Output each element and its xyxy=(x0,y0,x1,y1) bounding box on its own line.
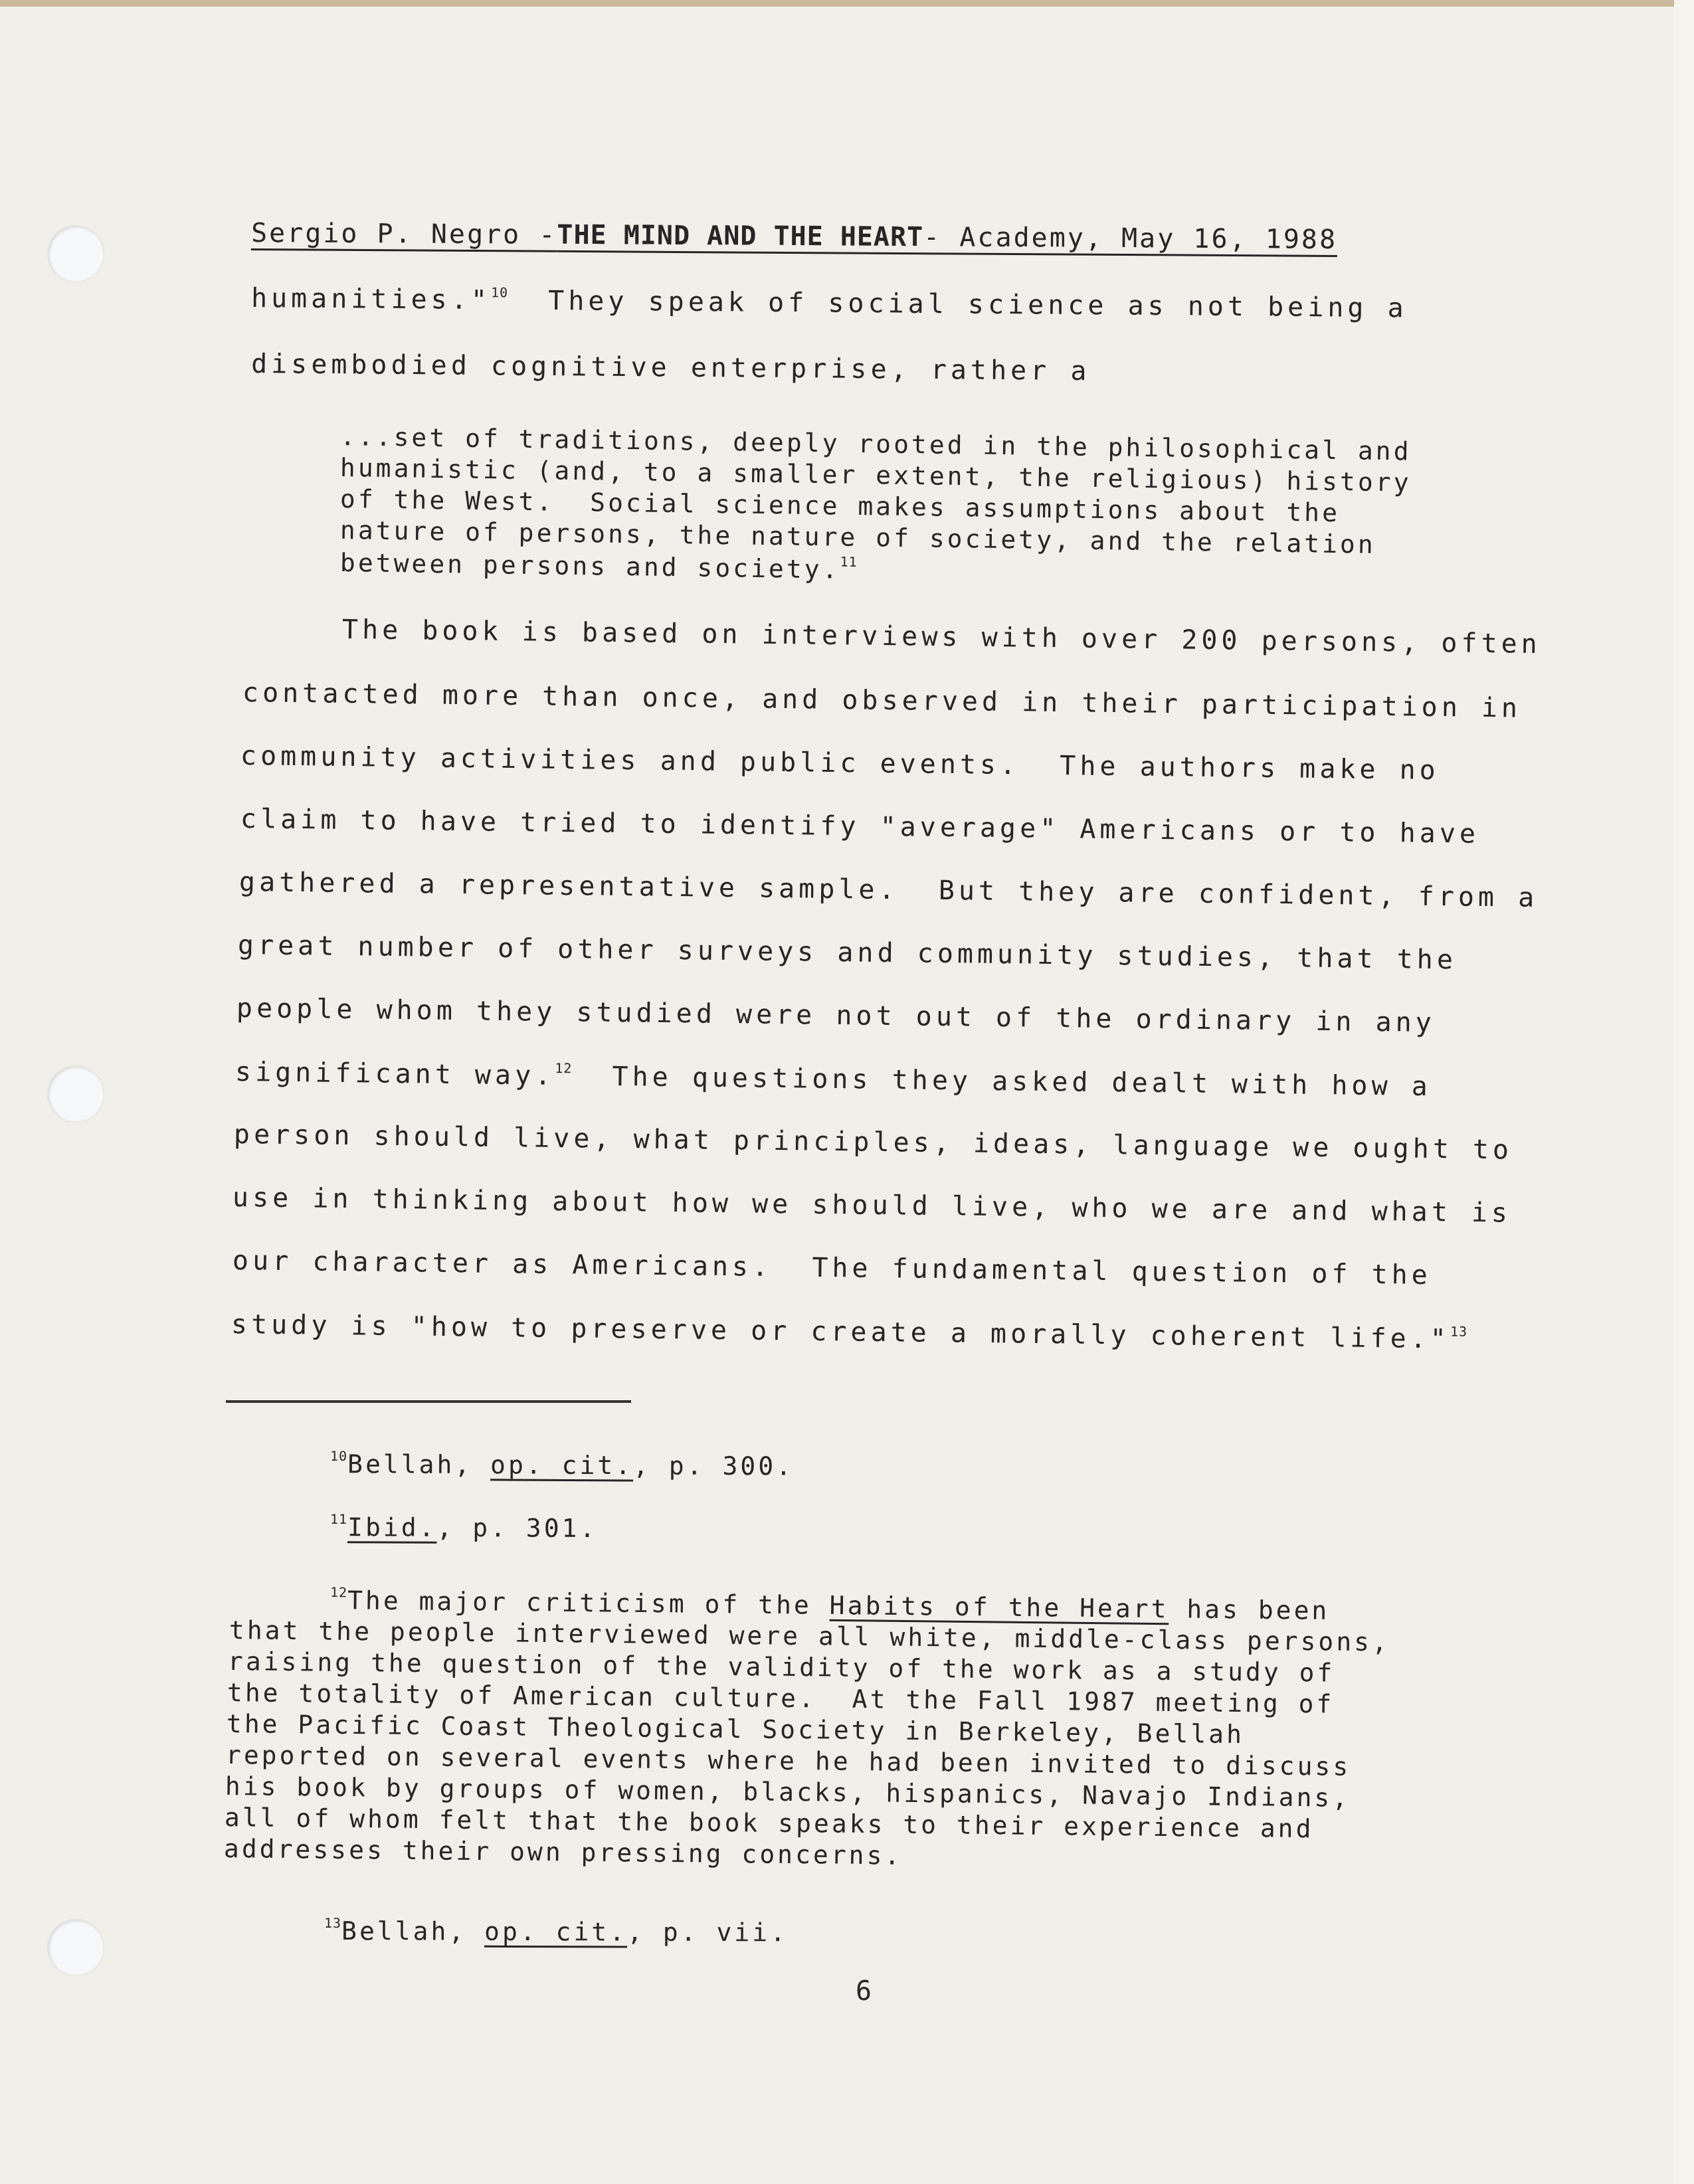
body-line: disembodied cognitive enterprise, rather… xyxy=(251,349,1091,387)
footnote-10: 10Bellah, op. cit., p. 300. xyxy=(330,1448,794,1481)
header-author: Sergio P. Negro - xyxy=(251,218,557,250)
page-edge xyxy=(1674,0,1694,2184)
footnote-divider xyxy=(226,1400,631,1403)
running-header: Sergio P. Negro -THE MIND AND THE HEART-… xyxy=(251,218,1337,255)
binder-hole-bottom xyxy=(48,1920,104,1975)
footnote-11: 11Ibid., p. 301. xyxy=(330,1511,598,1543)
footnote-ref: 11 xyxy=(840,554,858,570)
quote-line: between persons and society.11 xyxy=(340,547,858,585)
paragraph-line: great number of other surveys and commun… xyxy=(238,930,1457,975)
paragraph-line: community activities and public events. … xyxy=(240,741,1440,786)
footnote-ref: 13 xyxy=(1450,1323,1467,1339)
body-line: humanities."10 They speak of social scie… xyxy=(251,282,1408,323)
header-venue-date: - Academy, May 16, 1988 xyxy=(923,222,1337,255)
paragraph-line: our character as Americans. The fundamen… xyxy=(233,1245,1432,1291)
footnote-ref: 12 xyxy=(555,1060,572,1076)
paragraph-line: The book is based on interviews with ove… xyxy=(342,614,1541,660)
document-page: Sergio P. Negro -THE MIND AND THE HEART-… xyxy=(0,7,1675,2184)
paragraph-line: study is "how to preserve or create a mo… xyxy=(231,1309,1468,1355)
paragraph-line: claim to have tried to identify "average… xyxy=(240,804,1480,850)
binder-hole-top xyxy=(48,226,104,282)
footnote-line: addresses their own pressing concerns. xyxy=(224,1834,903,1870)
paragraph-line: person should live, what principles, ide… xyxy=(234,1119,1513,1166)
paragraph-line: use in thinking about how we should live… xyxy=(233,1182,1512,1229)
footnote-13: 13Bellah, op. cit., p. vii. xyxy=(324,1915,788,1947)
paragraph-line: significant way.12 The questions they as… xyxy=(235,1056,1432,1102)
header-title: THE MIND AND THE HEART xyxy=(557,220,923,252)
paragraph-line: gathered a representative sample. But th… xyxy=(239,867,1539,913)
paragraph-line: contacted more than once, and observed i… xyxy=(242,678,1522,724)
paragraph-line: people whom they studied were not out of… xyxy=(236,993,1436,1038)
footnote-ref: 10 xyxy=(491,284,508,300)
page-number: 6 xyxy=(856,1976,872,2007)
binder-hole-middle xyxy=(48,1066,104,1122)
